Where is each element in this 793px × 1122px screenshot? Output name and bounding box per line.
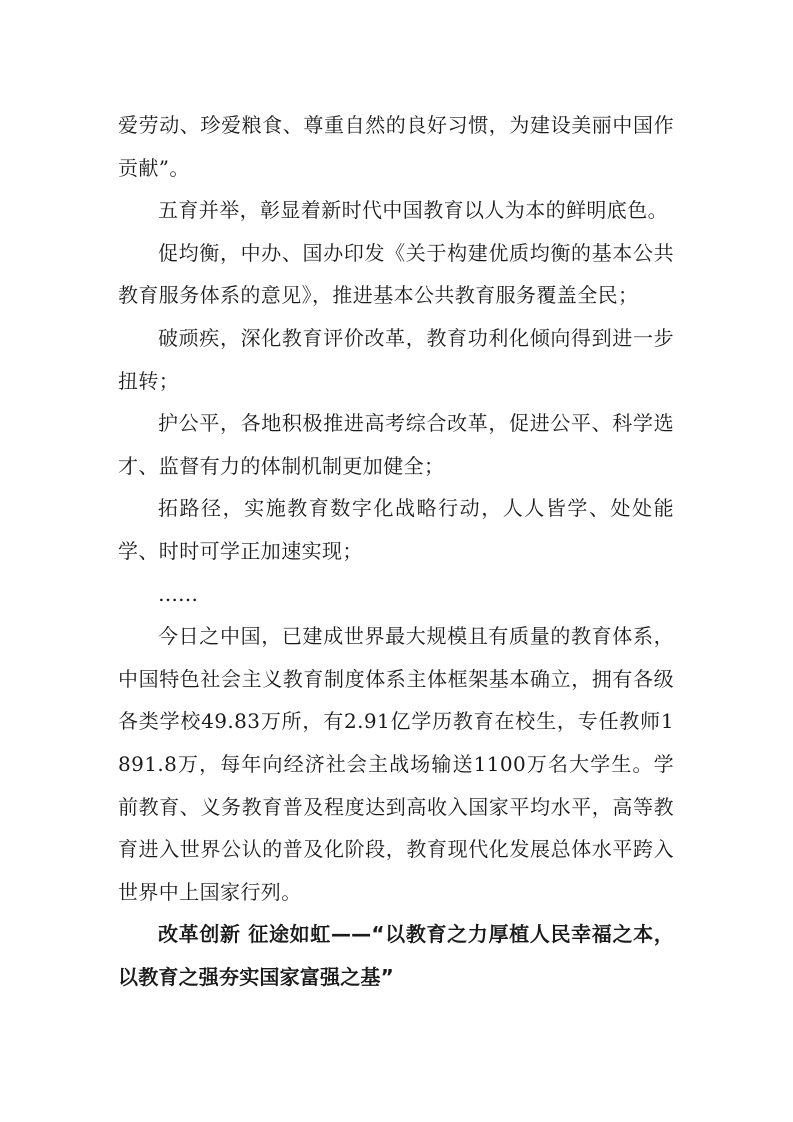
paragraph-five-education: 五育并举，彰显着新时代中国教育以人为本的鲜明底色。 xyxy=(118,189,674,232)
paragraph-digitalization: 拓路径，实施教育数字化战略行动，人人皆学、处处能学、时时可学正加速实现； xyxy=(118,487,674,572)
document-page: 爱劳动、珍爱粮食、尊重自然的良好习惯，为建设美丽中国作贡献”。 五育并举，彰显着… xyxy=(118,104,674,998)
paragraph-evaluation-reform: 破顽疾，深化教育评价改革，教育功利化倾向得到进一步扭转； xyxy=(118,317,674,402)
paragraph-balance: 促均衡，中办、国办印发《关于构建优质均衡的基本公共教育服务体系的意见》，推进基本… xyxy=(118,232,674,317)
paragraph-ellipsis: …… xyxy=(118,573,674,616)
paragraph-continuation: 爱劳动、珍爱粮食、尊重自然的良好习惯，为建设美丽中国作贡献”。 xyxy=(118,104,674,189)
paragraph-fairness: 护公平，各地积极推进高考综合改革，促进公平、科学选才、监督有力的体制机制更加健全… xyxy=(118,402,674,487)
paragraph-education-system-stats: 今日之中国，已建成世界最大规模且有质量的教育体系，中国特色社会主义教育制度体系主… xyxy=(118,615,674,913)
section-heading: 改革创新 征途如虹——“以教育之力厚植人民幸福之本，以教育之强夯实国家富强之基” xyxy=(118,913,674,998)
